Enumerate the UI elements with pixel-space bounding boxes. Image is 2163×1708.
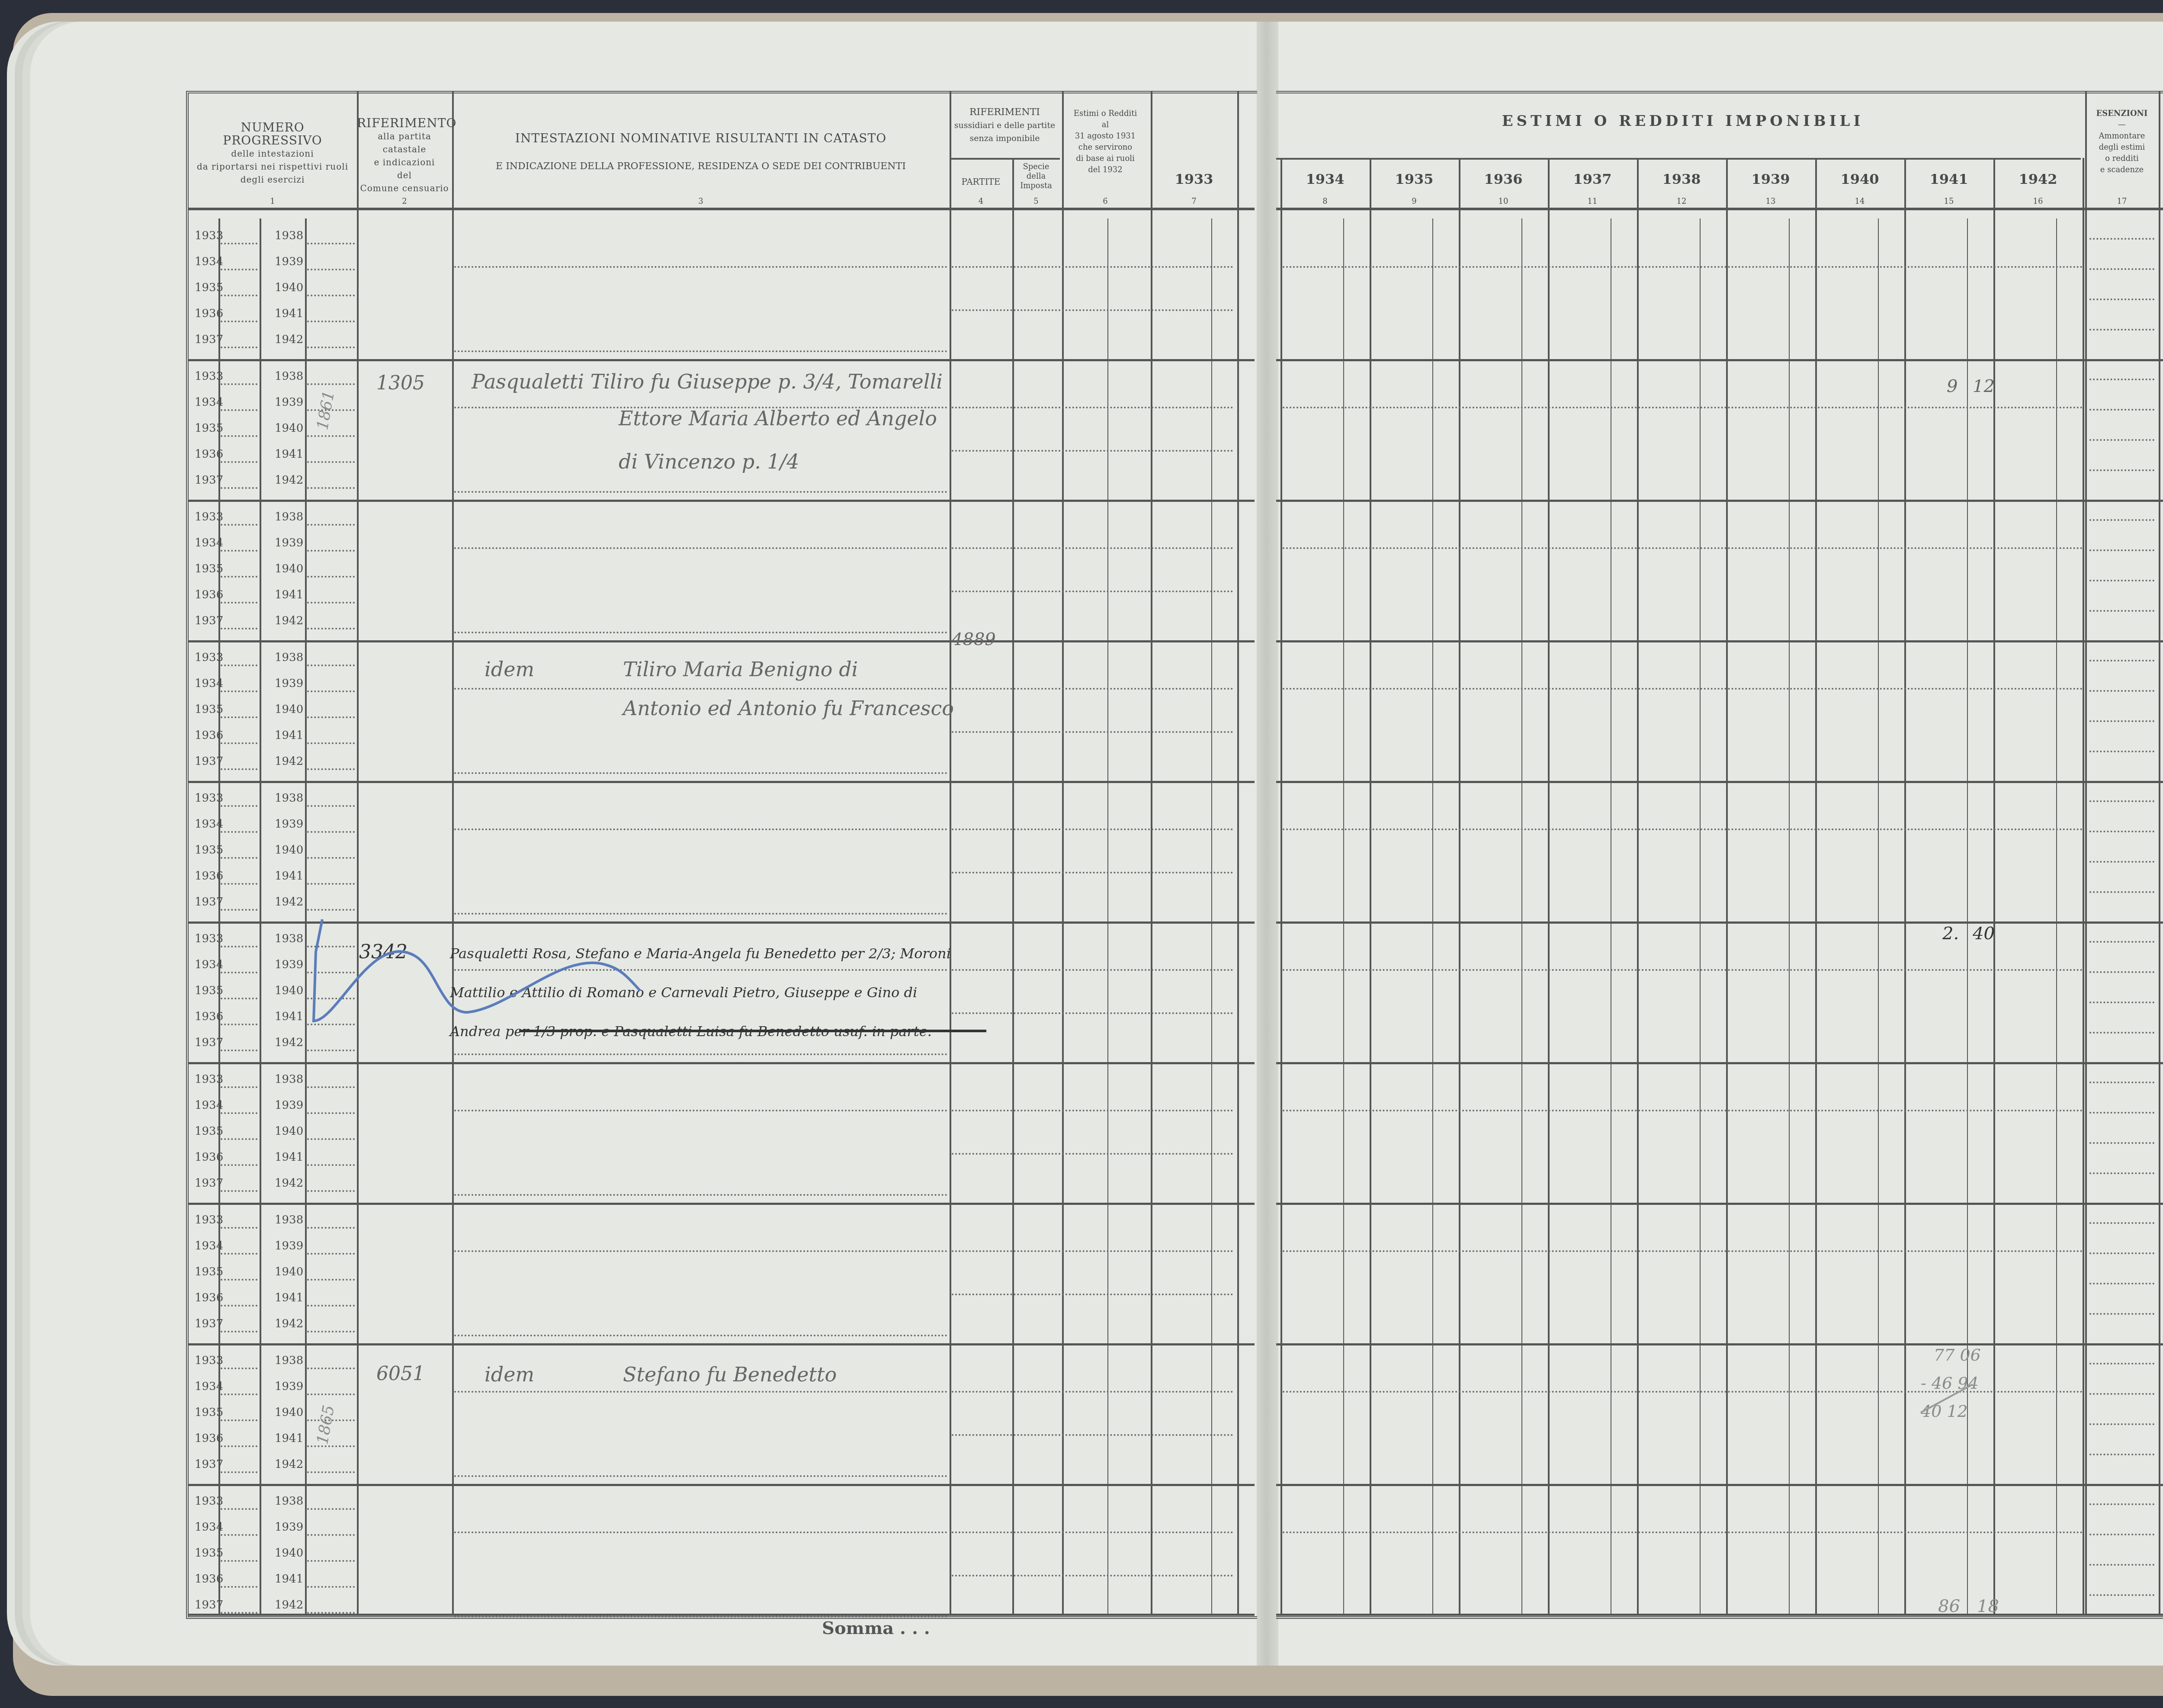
pencil-cross-line	[1921, 1384, 1973, 1413]
ink-marks	[0, 0, 2163, 1708]
blue-pencil-curve	[314, 919, 640, 1021]
